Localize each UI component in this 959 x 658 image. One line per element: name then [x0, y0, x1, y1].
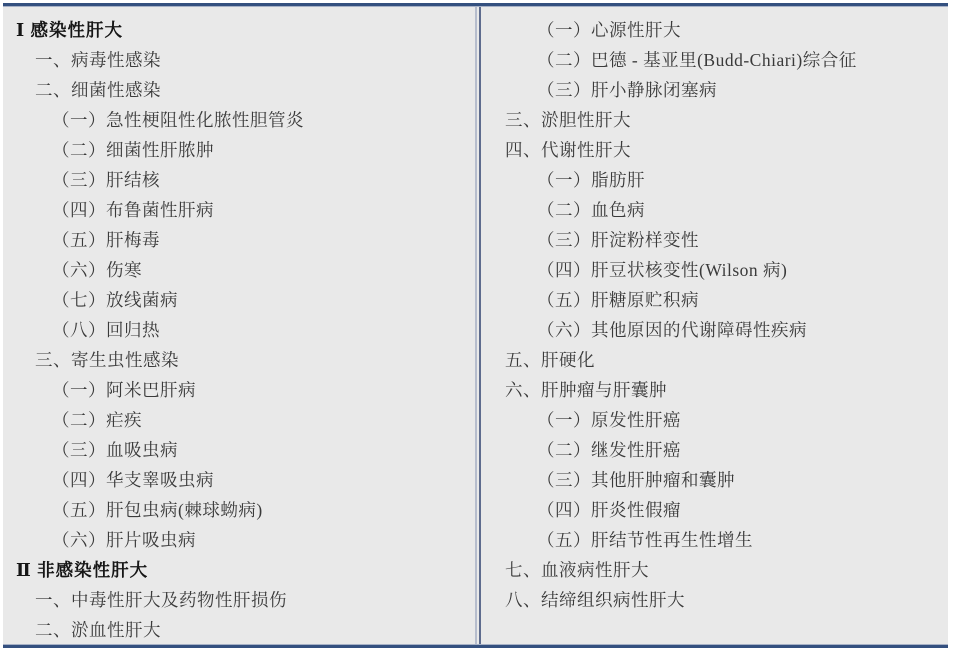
right-column: （一）心源性肝大（二）巴德 - 基亚里(Budd-Chiari)综合征（三）肝小… — [481, 6, 948, 645]
toc-item: 六、肝肿瘤与肝囊肿 — [505, 375, 940, 405]
toc-item: （四）肝炎性假瘤 — [537, 495, 940, 525]
toc-item: （一）心源性肝大 — [537, 15, 940, 45]
toc-item: （三）肝结核 — [52, 165, 469, 195]
section-heading: Ⅰ 感染性肝大 — [16, 15, 469, 45]
toc-item: 二、淤血性肝大 — [35, 615, 469, 645]
toc-item: （一）急性梗阻性化脓性胆管炎 — [52, 105, 469, 135]
toc-item: 二、细菌性感染 — [35, 75, 469, 105]
left-column: Ⅰ 感染性肝大一、病毒性感染二、细菌性感染（一）急性梗阻性化脓性胆管炎（二）细菌… — [3, 6, 475, 645]
toc-item: 三、寄生虫性感染 — [35, 345, 469, 375]
toc-item: （二）巴德 - 基亚里(Budd-Chiari)综合征 — [537, 45, 940, 75]
toc-item: 八、结缔组织病性肝大 — [505, 585, 940, 615]
toc-item: （七）放线菌病 — [52, 285, 469, 315]
toc-item: （五）肝包虫病(棘球蚴病) — [52, 495, 469, 525]
content-panel: Ⅰ 感染性肝大一、病毒性感染二、细菌性感染（一）急性梗阻性化脓性胆管炎（二）细菌… — [3, 3, 948, 648]
toc-item: （六）其他原因的代谢障碍性疾病 — [537, 315, 940, 345]
toc-item: （四）华支睾吸虫病 — [52, 465, 469, 495]
toc-item: （二）血色病 — [537, 195, 940, 225]
toc-item: （八）回归热 — [52, 315, 469, 345]
toc-item: （六）肝片吸虫病 — [52, 525, 469, 555]
toc-item: （四）肝豆状核变性(Wilson 病) — [537, 255, 940, 285]
toc-item: （二）继发性肝癌 — [537, 435, 940, 465]
toc-item: （三）血吸虫病 — [52, 435, 469, 465]
section-heading: Ⅱ 非感染性肝大 — [16, 555, 469, 585]
toc-item: （四）布鲁菌性肝病 — [52, 195, 469, 225]
toc-item: （五）肝糖原贮积病 — [537, 285, 940, 315]
toc-item: （三）肝小静脉闭塞病 — [537, 75, 940, 105]
toc-item: （一）脂肪肝 — [537, 165, 940, 195]
toc-item: （三）其他肝肿瘤和囊肿 — [537, 465, 940, 495]
toc-item: （六）伤寒 — [52, 255, 469, 285]
outline-columns: Ⅰ 感染性肝大一、病毒性感染二、细菌性感染（一）急性梗阻性化脓性胆管炎（二）细菌… — [3, 6, 948, 645]
toc-item: （二）疟疾 — [52, 405, 469, 435]
toc-item: 一、中毒性肝大及药物性肝损伤 — [35, 585, 469, 615]
toc-item: 四、代谢性肝大 — [505, 135, 940, 165]
toc-item: （一）原发性肝癌 — [537, 405, 940, 435]
toc-item: 三、淤胆性肝大 — [505, 105, 940, 135]
toc-item: （三）肝淀粉样变性 — [537, 225, 940, 255]
toc-item: 五、肝硬化 — [505, 345, 940, 375]
toc-item: （五）肝梅毒 — [52, 225, 469, 255]
toc-item: 七、血液病性肝大 — [505, 555, 940, 585]
toc-item: （一）阿米巴肝病 — [52, 375, 469, 405]
toc-item: （二）细菌性肝脓肿 — [52, 135, 469, 165]
toc-item: 一、病毒性感染 — [35, 45, 469, 75]
toc-item: （五）肝结节性再生性增生 — [537, 525, 940, 555]
